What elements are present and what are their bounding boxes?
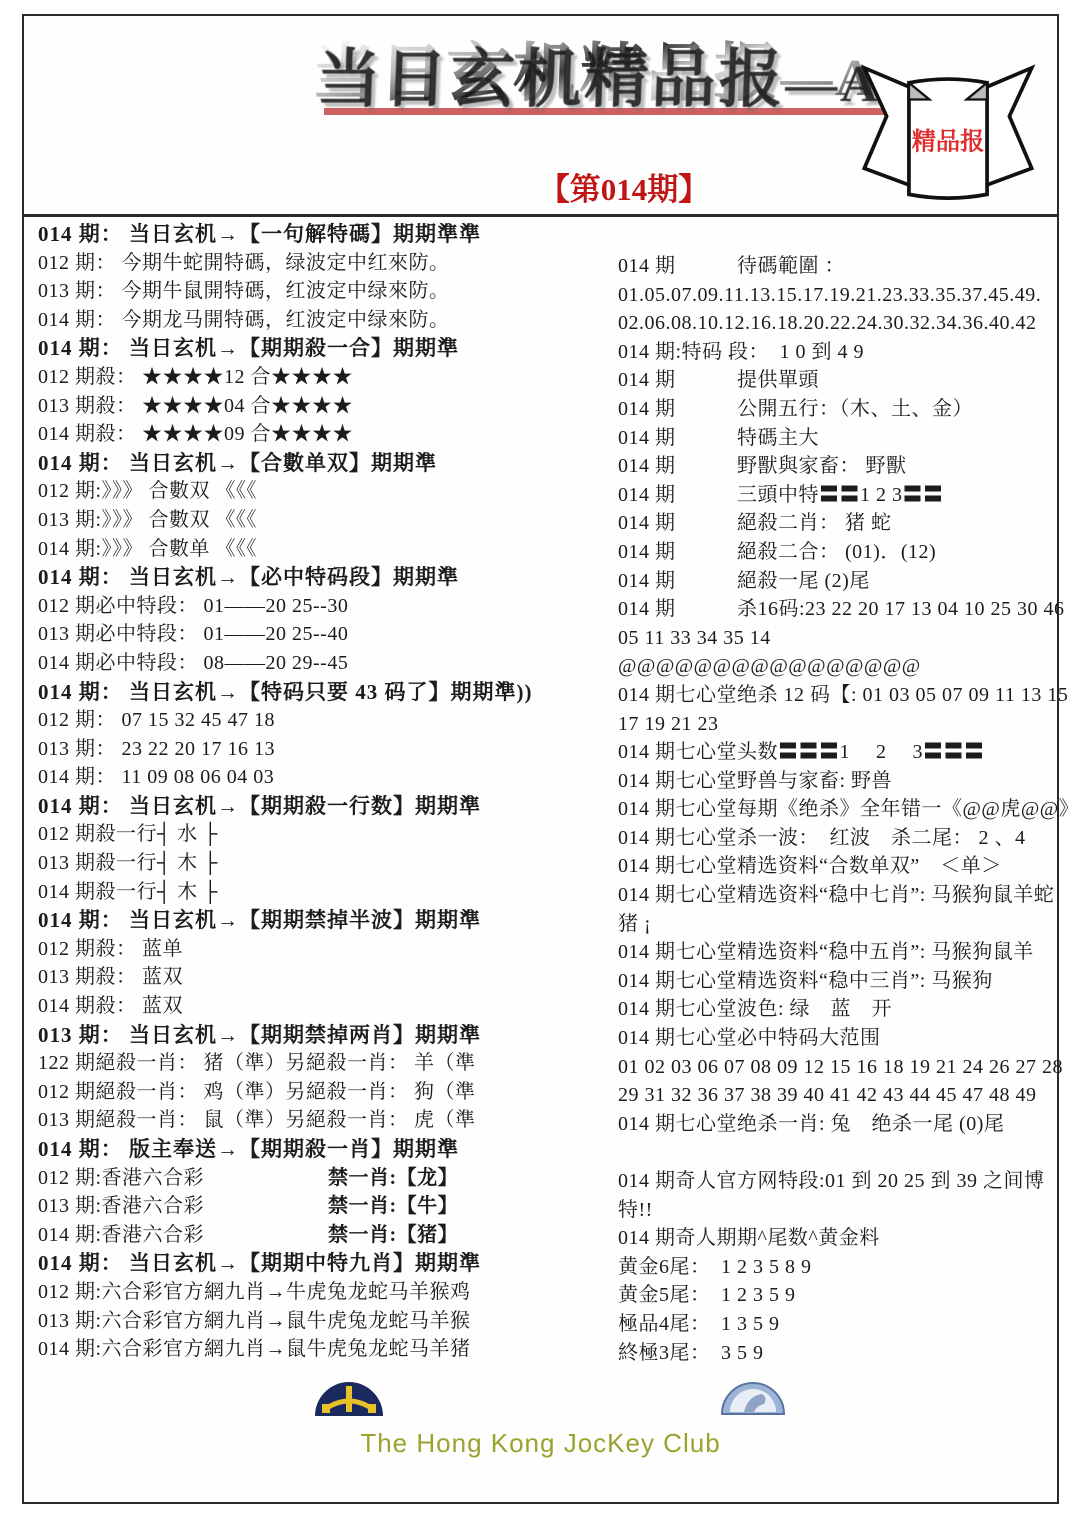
text-line: 014 期七心堂精选资料“合数单双” ＜单＞ bbox=[618, 852, 1054, 881]
text-line: 012 期絕殺一肖： 鸡（準）另絕殺一肖： 狗（準 bbox=[38, 1078, 598, 1107]
text-line: 014 期七心堂头数〓〓〓1 2 3〓〓〓 bbox=[618, 738, 1054, 767]
text-line: 012 期:六合彩官方網九肖→牛虎兔龙蛇马羊猴鸡 bbox=[38, 1278, 598, 1307]
text-line: 終極3尾： 3 5 9 bbox=[618, 1339, 1054, 1368]
text-line: 014 期： 当日玄机→【一句解特碼】期期準準 bbox=[38, 220, 598, 249]
text-line: 014 期殺： 蓝双 bbox=[38, 992, 598, 1021]
text-line: 013 期必中特段： 01——20 25--40 bbox=[38, 620, 598, 649]
left-column: 014 期： 当日玄机→【一句解特碼】期期準準012 期： 今期牛蛇開特碼，绿波… bbox=[38, 220, 598, 1364]
text-line: 014 期 待碼範圍 ： bbox=[618, 252, 1054, 281]
text-line: 014 期 絕殺二肖： 猪 蛇 bbox=[618, 509, 1054, 538]
text-line: 黄金5尾： 1 2 3 5 9 bbox=[618, 1281, 1054, 1310]
text-line: 17 19 21 23 bbox=[618, 710, 1054, 739]
text-line: 特!! bbox=[618, 1196, 1054, 1225]
text-line: 014 期七心堂波色: 绿 蓝 开 bbox=[618, 995, 1054, 1024]
header-divider bbox=[24, 214, 1057, 217]
text-line: 013 期殺： ★★★★04 合★★★★ bbox=[38, 392, 598, 421]
text-line: 014 期 公開五行：（木、土、金） bbox=[618, 395, 1054, 424]
text-line: 012 期： 07 15 32 45 47 18 bbox=[38, 706, 598, 735]
text-line: 014 期： 当日玄机→【期期中特九肖】期期準 bbox=[38, 1249, 598, 1278]
text-line: 012 期殺： 蓝单 bbox=[38, 935, 598, 964]
text-line: 014 期： 当日玄机→【期期禁掉半波】期期準 bbox=[38, 906, 598, 935]
text-line: 013 期： 今期牛鼠開特碼，红波定中绿來防。 bbox=[38, 277, 598, 306]
text-line: 014 期： 当日玄机→【期期殺一合】期期準 bbox=[38, 334, 598, 363]
text-line: 014 期： 当日玄机→【必中特码段】期期準 bbox=[38, 563, 598, 592]
jockey-club-round-logo-icon bbox=[718, 1378, 788, 1416]
text-line: 014 期 提供單頭 bbox=[618, 366, 1054, 395]
text-line: 013 期： 23 22 20 17 16 13 bbox=[38, 735, 598, 764]
text-line: 014 期 杀16码:23 22 20 17 13 04 10 25 30 46 bbox=[618, 595, 1054, 624]
text-line: 014 期： 当日玄机→【期期殺一行数】期期準 bbox=[38, 792, 598, 821]
text-line: 05 11 33 34 35 14 bbox=[618, 624, 1054, 653]
text-line: 014 期七心堂精选资料“稳中七肖”: 马猴狗鼠羊蛇 bbox=[618, 881, 1054, 910]
text-line: 014 期七心堂杀一波： 红波 杀二尾： 2 、4 bbox=[618, 824, 1054, 853]
text-line: 014 期 野獸與家畜： 野獸 bbox=[618, 452, 1054, 481]
text-line: 014 期奇人官方网特段:01 到 20 25 到 39 之间博 bbox=[618, 1167, 1054, 1196]
text-line: 29 31 32 36 37 38 39 40 41 42 43 44 45 4… bbox=[618, 1081, 1054, 1110]
ribbon-label: 精品报 bbox=[912, 128, 985, 156]
text-line: 013 期殺： 蓝双 bbox=[38, 963, 598, 992]
text-line bbox=[618, 1138, 1054, 1167]
text-line: 013 期： 当日玄机→【期期禁掉两肖】期期準 bbox=[38, 1021, 598, 1050]
text-line: 014 期 三頭中特〓〓1 2 3〓〓 bbox=[618, 481, 1054, 510]
text-line: 013 期絕殺一肖： 鼠（準）另絕殺一肖： 虎（準 bbox=[38, 1106, 598, 1135]
text-line: 014 期： 当日玄机→【合數单双】期期準 bbox=[38, 449, 598, 478]
text-line: 02.06.08.10.12.16.18.20.22.24.30.32.34.3… bbox=[618, 309, 1054, 338]
text-line: 014 期 絕殺二合： (01)．(12) bbox=[618, 538, 1054, 567]
text-line: 014 期 特碼主大 bbox=[618, 424, 1054, 453]
text-line: 014 期七心堂精选资料“稳中三肖”: 马猴狗 bbox=[618, 967, 1054, 996]
text-line: 01 02 03 06 07 08 09 12 15 16 18 19 21 2… bbox=[618, 1053, 1054, 1082]
page-title-text: 当日玄机精品报 bbox=[311, 38, 782, 109]
page-frame: 当日玄机精品报—A 【第014期】 精品报 014 期： 当日玄机→【一句解特碼… bbox=[22, 14, 1059, 1504]
text-line: 014 期:特码 段： 1 0 到 4 9 bbox=[618, 338, 1054, 367]
text-line: 014 期 絕殺一尾 (2)尾 bbox=[618, 567, 1054, 596]
ribbon-banner-icon: 精品报 bbox=[855, 58, 1041, 208]
text-line: 012 期殺一行┤ 水 ├ bbox=[38, 820, 598, 849]
text-line: 012 期:香港六合彩禁一肖:【龙】 bbox=[38, 1164, 598, 1193]
text-line: 014 期:香港六合彩禁一肖:【猪】 bbox=[38, 1221, 598, 1250]
page-title: 当日玄机精品报—A bbox=[310, 22, 878, 114]
text-line: 014 期:六合彩官方網九肖→鼠牛虎兔龙蛇马羊猪 bbox=[38, 1335, 598, 1364]
text-line: 014 期七心堂每期《绝杀》全年错一《@@虎@@》 bbox=[618, 795, 1054, 824]
text-line: 013 期:香港六合彩禁一肖:【牛】 bbox=[38, 1192, 598, 1221]
text-line: 014 期奇人期期^尾数^黄金料 bbox=[618, 1224, 1054, 1253]
text-line: 013 期:六合彩官方網九肖→鼠牛虎兔龙蛇马羊猴 bbox=[38, 1307, 598, 1336]
text-line: 014 期殺： ★★★★09 合★★★★ bbox=[38, 420, 598, 449]
text-line: 014 期七心堂野兽与家畜: 野兽 bbox=[618, 767, 1054, 796]
text-line: 013 期殺一行┤ 木 ├ bbox=[38, 849, 598, 878]
text-line: 黄金6尾： 1 2 3 5 8 9 bbox=[618, 1253, 1054, 1282]
issue-number: 【第014期】 bbox=[484, 164, 764, 209]
text-line: 013 期:》》》 合數双 《《《 bbox=[38, 506, 598, 535]
club-text: The Hong Kong JocKey Club bbox=[24, 1428, 1057, 1459]
text-line: 014 期殺一行┤ 木 ├ bbox=[38, 878, 598, 907]
text-line: 012 期:》》》 合數双 《《《 bbox=[38, 477, 598, 506]
text-line: 極品4尾： 1 3 5 9 bbox=[618, 1310, 1054, 1339]
text-line: 012 期： 今期牛蛇開特碼，绿波定中红來防。 bbox=[38, 249, 598, 278]
right-column: 014 期 待碼範圍 ：01.05.07.09.11.13.15.17.19.2… bbox=[618, 252, 1054, 1367]
text-line: @@@@@@@@@@@@@@@@ bbox=[618, 652, 1054, 681]
text-line: 014 期七心堂绝杀 12 码【: 01 03 05 07 09 11 13 1… bbox=[618, 681, 1054, 710]
text-line: 014 期： 版主奉送→【期期殺一肖】期期準 bbox=[38, 1135, 598, 1164]
text-line: 012 期殺： ★★★★12 合★★★★ bbox=[38, 363, 598, 392]
text-line: 01.05.07.09.11.13.15.17.19.21.23.33.35.3… bbox=[618, 281, 1054, 310]
text-line: 014 期七心堂必中特码大范围 bbox=[618, 1024, 1054, 1053]
text-line: 014 期： 当日玄机→【特码只要 43 码了】期期準)) bbox=[38, 678, 598, 707]
text-line: 014 期七心堂绝杀一肖: 兔 绝杀一尾 (0)尾 bbox=[618, 1110, 1054, 1139]
text-line: 014 期必中特段： 08——20 29--45 bbox=[38, 649, 598, 678]
text-line: 猪 ¡ bbox=[618, 910, 1054, 939]
text-line: 122 期絕殺一肖： 猪（準）另絕殺一肖： 羊（準 bbox=[38, 1049, 598, 1078]
jockey-club-shield-logo-icon bbox=[310, 1376, 388, 1418]
text-line: 014 期： 今期龙马開特碼，红波定中绿來防。 bbox=[38, 306, 598, 335]
text-line: 014 期:》》》 合數单 《《《 bbox=[38, 535, 598, 564]
text-line: 014 期七心堂精选资料“稳中五肖”: 马猴狗鼠羊 bbox=[618, 938, 1054, 967]
text-line: 012 期必中特段： 01——20 25--30 bbox=[38, 592, 598, 621]
text-line: 014 期： 11 09 08 06 04 03 bbox=[38, 763, 598, 792]
